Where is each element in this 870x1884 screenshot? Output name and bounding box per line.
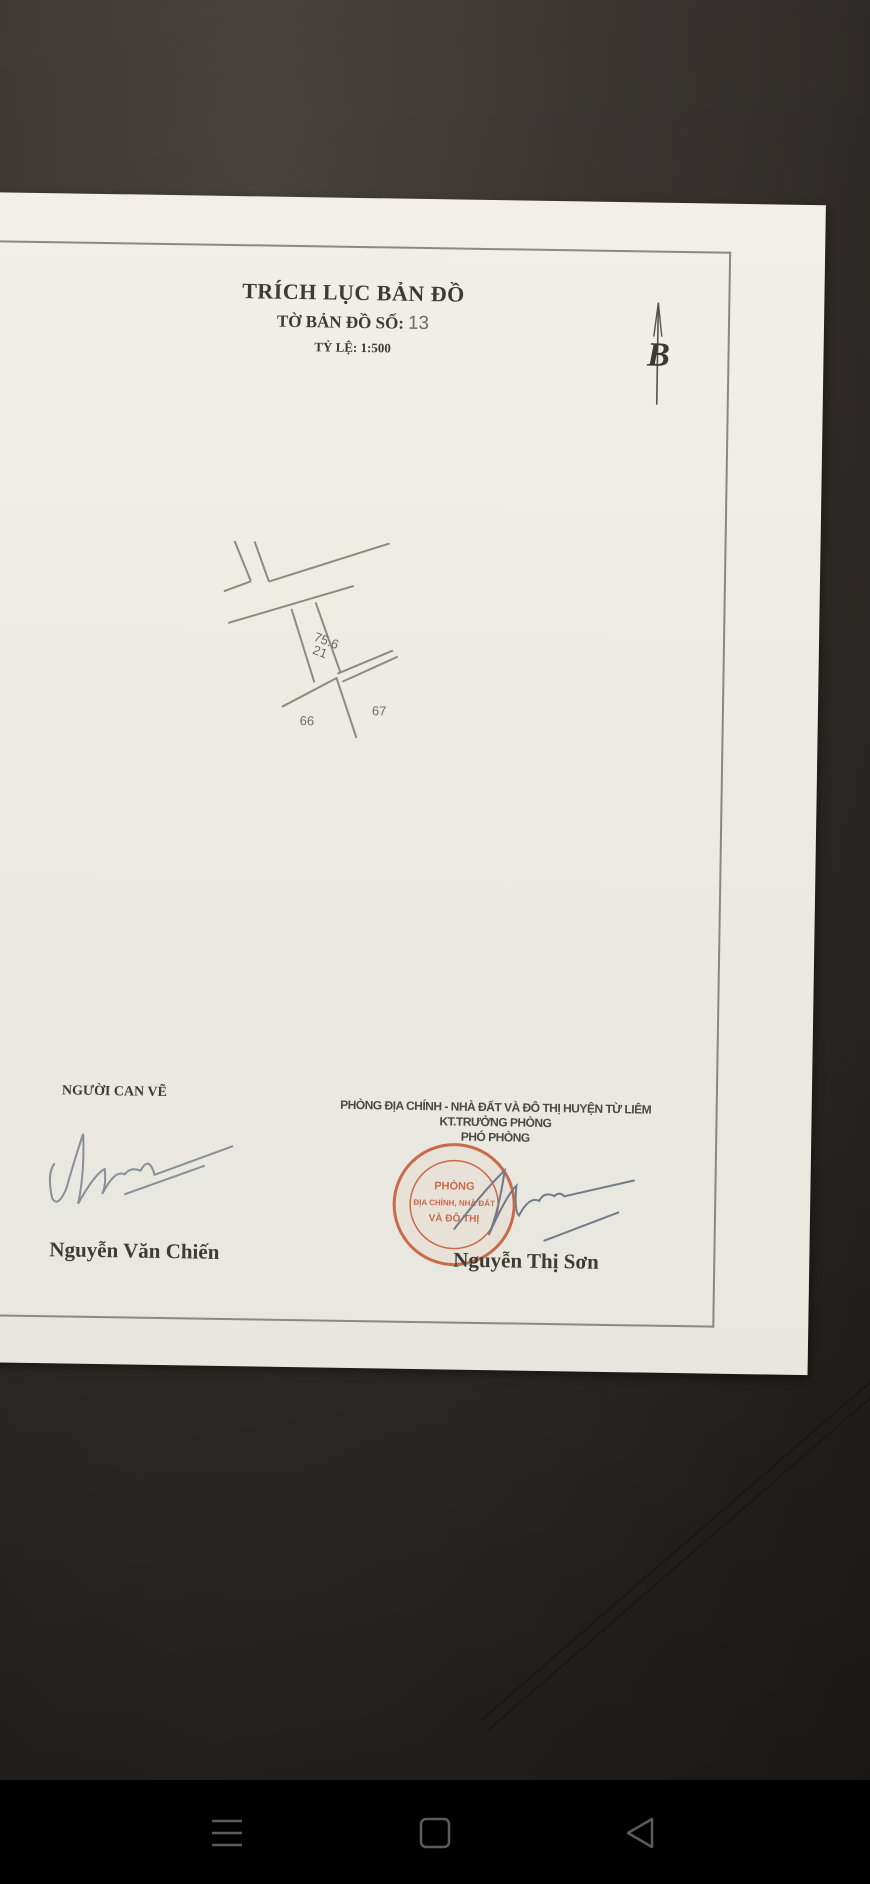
drawer-signature xyxy=(44,1113,236,1226)
parcel-map: 75.6 21 66 67 xyxy=(221,536,465,770)
sheet-label: TỜ BẢN ĐỒ SỐ: xyxy=(277,312,404,333)
north-letter: B xyxy=(646,336,670,373)
back-triangle-icon[interactable] xyxy=(616,1808,666,1858)
neighbor-parcel-66: 66 xyxy=(300,713,315,728)
authority-signer-name: Nguyễn Thị Sơn xyxy=(453,1248,599,1275)
map-extract-document: TRÍCH LỤC BẢN ĐỒ TỜ BẢN ĐỒ SỐ:13 TỶ LỆ: … xyxy=(0,192,826,1375)
sheet-number: 13 xyxy=(408,313,429,334)
drawer-label: NGƯỜI CAN VẼ xyxy=(62,1083,167,1101)
document-title: TRÍCH LỤC BẢN ĐỒ xyxy=(203,278,503,309)
neighbor-parcel-67: 67 xyxy=(372,703,387,718)
north-arrow-icon: B xyxy=(637,298,679,409)
menu-icon[interactable] xyxy=(202,1808,252,1858)
authority-signature xyxy=(443,1149,645,1262)
drawer-name: Nguyễn Văn Chiến xyxy=(49,1237,219,1265)
sheet-number-line: TỜ BẢN ĐỒ SỐ:13 xyxy=(203,310,503,337)
home-square-icon[interactable] xyxy=(410,1808,460,1858)
android-navigation-bar xyxy=(0,1780,870,1884)
photo-viewer: TRÍCH LỤC BẢN ĐỒ TỜ BẢN ĐỒ SỐ:13 TỶ LỆ: … xyxy=(0,0,870,1780)
